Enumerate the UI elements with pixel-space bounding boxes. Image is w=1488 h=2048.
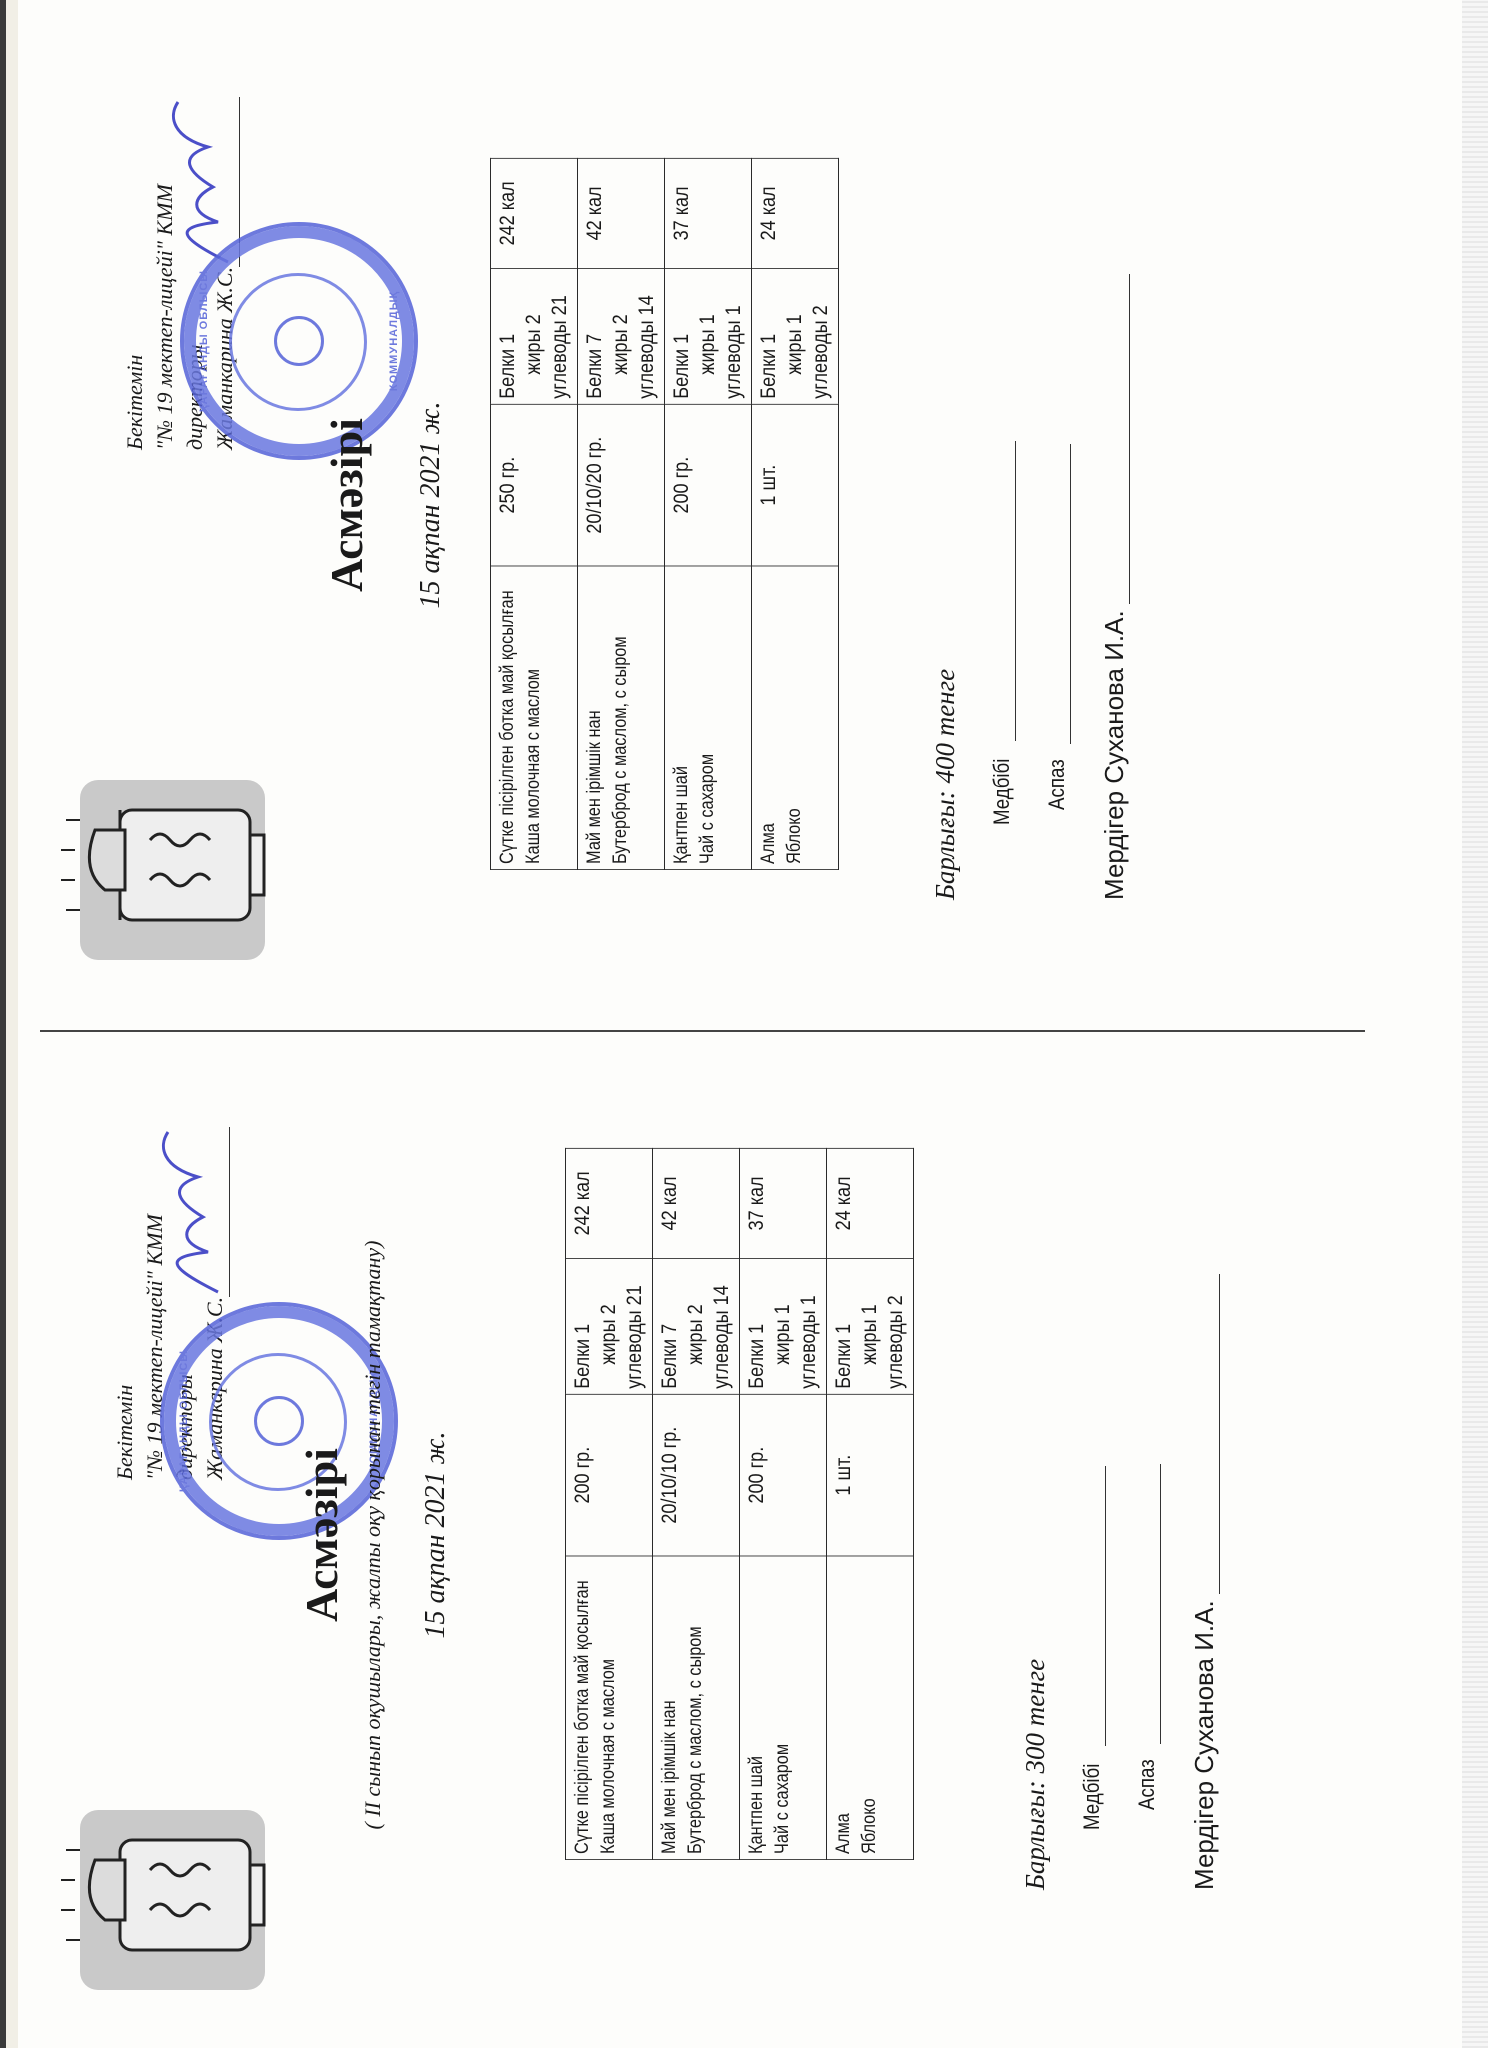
nutrient-line: жиры 1: [857, 1264, 883, 1389]
dish-name-kz: Қантпен шай: [669, 572, 695, 864]
dish-cell: АлмаЯблоко: [827, 1556, 914, 1860]
mentor-signature-line: [1103, 274, 1130, 604]
nutrients-cell: Белки 1жиры 1углеводы 2: [827, 1258, 914, 1394]
nutrient-line: Белки 1: [495, 274, 521, 399]
footer-block: Барлығы: 400 тенге Медбібі Аспаз Мердіге…: [930, 274, 1130, 900]
nutrient-line: жиры 1: [782, 274, 808, 399]
menu-title: Асмәзірі: [320, 0, 373, 1010]
dish-name-ru: Бутерброд с маслом, с сыром: [683, 1562, 709, 1854]
nurse-signature-row: Медбібі: [989, 274, 1016, 900]
table-row: Қантпен шайЧай с сахаром200 гр.Белки 1жи…: [740, 1148, 827, 1859]
scan-edge-left-paper: [6, 0, 18, 2048]
table-row: Май мен ірімшік нанБутерброд с маслом, с…: [578, 158, 665, 869]
nutrient-line: Белки 1: [744, 1264, 770, 1389]
cook-signature-line: [1044, 444, 1071, 744]
nutrient-line: жиры 1: [695, 274, 721, 399]
nutrient-line: углеводы 1: [721, 274, 747, 399]
nutrient-line: Белки 1: [756, 274, 782, 399]
dish-name-ru: Яблоко: [782, 572, 808, 864]
menu-date: 15 ақпан 2021 ж.: [420, 1030, 452, 2040]
portion-cell: 200 гр.: [566, 1394, 653, 1556]
nutrient-line: углеводы 14: [634, 274, 660, 399]
dish-cell: Қантпен шайЧай с сахаром: [740, 1556, 827, 1860]
nurse-signature-line: [989, 441, 1016, 741]
portion-cell: 200 гр.: [740, 1394, 827, 1556]
nutrient-line: углеводы 2: [808, 274, 834, 399]
portion-cell: 200 гр.: [665, 404, 752, 566]
mentor-label: Мердігер Суханова И.А.: [1189, 1600, 1219, 1890]
stamp-text-bottom: КОММУНАЛДЫҚ: [388, 226, 400, 456]
nutrients-cell: Белки 1жиры 1углеводы 1: [665, 268, 752, 404]
portion-cell: 1 шт.: [827, 1394, 914, 1556]
table-row: Май мен ірімшік нанБутерброд с маслом, с…: [653, 1148, 740, 1859]
nurse-signature-line: [1079, 1466, 1106, 1746]
dish-cell: Сүтке пісірілген ботка май қосылғанКаша …: [491, 566, 578, 870]
nutrient-line: жиры 2: [596, 1264, 622, 1389]
dish-name-ru: Каша молочная с маслом: [521, 572, 547, 864]
emblem-icon: [274, 316, 324, 366]
portion-cell: 250 гр.: [491, 404, 578, 566]
menu-title: Асмәзірі: [295, 1030, 348, 2040]
calories-cell: 37 кал: [665, 158, 752, 268]
calories-cell: 242 кал: [491, 158, 578, 268]
mentor-label: Мердігер Суханова И.А.: [1099, 610, 1129, 900]
nurse-label: Медбібі: [989, 759, 1015, 825]
portion-cell: 1 шт.: [752, 404, 839, 566]
nutrients-cell: Белки 1жиры 1углеводы 2: [752, 268, 839, 404]
calories-cell: 42 кал: [653, 1148, 740, 1258]
nutrient-line: углеводы 2: [883, 1264, 909, 1389]
cook-label: Аспаз: [1044, 759, 1070, 810]
nutrient-line: Белки 1: [570, 1264, 596, 1389]
table-row: Қантпен шайЧай с сахаром200 гр.Белки 1жи…: [665, 158, 752, 869]
approval-line-1: Бекітемін: [120, 30, 150, 450]
portion-cell: 20/10/10 гр.: [653, 1394, 740, 1556]
calories-cell: 37 кал: [740, 1148, 827, 1258]
calories-cell: 42 кал: [578, 158, 665, 268]
dish-name-kz: Май мен ірімшік нан: [657, 1562, 683, 1854]
menu-card-300: Бекітемін "№ 19 мектеп-лицейі" КММ дирек…: [20, 1030, 1400, 2040]
nutrient-line: Белки 1: [669, 274, 695, 399]
nutrient-line: жиры 2: [521, 274, 547, 399]
dish-name-ru: Бутерброд с маслом, с сыром: [608, 572, 634, 864]
scan-edge-right: [1462, 0, 1488, 2048]
dish-cell: АлмаЯблоко: [752, 566, 839, 870]
dish-name-kz: Алма: [756, 572, 782, 864]
nutrients-cell: Белки 1жиры 1углеводы 1: [740, 1258, 827, 1394]
table-row: Сүтке пісірілген ботка май қосылғанКаша …: [566, 1148, 653, 1859]
nutrient-line: Белки 7: [657, 1264, 683, 1389]
nutrients-cell: Белки 1жиры 2углеводы 21: [491, 268, 578, 404]
cook-label: Аспаз: [1134, 1759, 1160, 1810]
nutrients-cell: Белки 1жиры 2углеводы 21: [566, 1258, 653, 1394]
nutrient-line: Белки 7: [582, 274, 608, 399]
nutrient-line: углеводы 14: [709, 1264, 735, 1389]
calories-cell: 24 кал: [827, 1148, 914, 1258]
menu-card-400: Бекітемін "№ 19 мектеп-лицейі" КММ дирек…: [20, 0, 1400, 1010]
menu-table: Сүтке пісірілген ботка май қосылғанКаша …: [490, 158, 839, 870]
nutrient-line: жиры 2: [683, 1264, 709, 1389]
official-seal-icon: ҚАРАҒАНДЫ ОБЛЫСЫ КОММУНАЛДЫҚ: [180, 222, 418, 460]
toaster-icon: [60, 1800, 280, 2010]
nutrients-cell: Белки 7жиры 2углеводы 14: [578, 268, 665, 404]
nutrient-line: жиры 1: [770, 1264, 796, 1389]
dish-cell: Сүтке пісірілген ботка май қосылғанКаша …: [566, 1556, 653, 1860]
menu-subtitle: ( II сынып оқушылары, жалпы оқу қорынан …: [360, 1030, 386, 2040]
cook-signature-row: Аспаз: [1134, 1274, 1161, 1890]
dish-name-ru: Чай с сахаром: [770, 1562, 796, 1854]
dish-name-kz: Алма: [831, 1562, 857, 1854]
portion-cell: 20/10/20 гр.: [578, 404, 665, 566]
total-price: Барлығы: 400 тенге: [930, 274, 961, 900]
dish-name-ru: Чай с сахаром: [695, 572, 721, 864]
approval-line-1: Бекітемін: [110, 1060, 140, 1480]
nutrient-line: Белки 1: [831, 1264, 857, 1389]
table-row: Сүтке пісірілген ботка май қосылғанКаша …: [491, 158, 578, 869]
nurse-signature-row: Медбібі: [1079, 1274, 1106, 1890]
dish-name-ru: Каша молочная с маслом: [596, 1562, 622, 1854]
cook-signature-line: [1134, 1464, 1161, 1744]
dish-name-ru: Яблоко: [857, 1562, 883, 1854]
footer-block: Барлығы: 300 тенге Медбібі Аспаз Мердіге…: [1020, 1274, 1220, 1890]
dish-cell: Май мен ірімшік нанБутерброд с маслом, с…: [653, 1556, 740, 1860]
dish-name-kz: Сүтке пісірілген ботка май қосылған: [570, 1562, 596, 1854]
dish-cell: Қантпен шайЧай с сахаром: [665, 566, 752, 870]
nutrient-line: углеводы 1: [796, 1264, 822, 1389]
table-row: АлмаЯблоко1 шт.Белки 1жиры 1углеводы 224…: [827, 1148, 914, 1859]
nutrient-line: жиры 2: [608, 274, 634, 399]
calories-cell: 242 кал: [566, 1148, 653, 1258]
nutrients-cell: Белки 7жиры 2углеводы 14: [653, 1258, 740, 1394]
mentor-signature-line: [1193, 1274, 1220, 1594]
dish-name-kz: Қантпен шай: [744, 1562, 770, 1854]
toaster-icon: [60, 770, 280, 980]
director-signature: [158, 1127, 228, 1297]
mentor-signature-row: Мердігер Суханова И.А.: [1099, 274, 1130, 900]
menu-table: Сүтке пісірілген ботка май қосылғанКаша …: [565, 1148, 914, 1860]
mentor-signature-row: Мердігер Суханова И.А.: [1189, 1274, 1220, 1890]
nutrient-line: углеводы 21: [622, 1264, 648, 1389]
stamp-text-outer: ҚАРАҒАНДЫ ОБЛЫСЫ: [198, 226, 210, 456]
dish-name-kz: Май мен ірімшік нан: [582, 572, 608, 864]
nutrient-line: углеводы 21: [547, 274, 573, 399]
nurse-label: Медбібі: [1079, 1764, 1105, 1830]
dish-cell: Май мен ірімшік нанБутерброд с маслом, с…: [578, 566, 665, 870]
stamp-text-outer: ҚАРАҒАНДЫ ОБЛЫСЫ: [178, 1306, 190, 1536]
director-signature-line: [203, 1127, 230, 1297]
cook-signature-row: Аспаз: [1044, 274, 1071, 900]
dish-name-kz: Сүтке пісірілген ботка май қосылған: [495, 572, 521, 864]
menu-date: 15 ақпан 2021 ж.: [415, 0, 447, 1010]
calories-cell: 24 кал: [752, 158, 839, 268]
table-row: АлмаЯблоко1 шт.Белки 1жиры 1углеводы 224…: [752, 158, 839, 869]
total-price: Барлығы: 300 тенге: [1020, 1274, 1051, 1890]
